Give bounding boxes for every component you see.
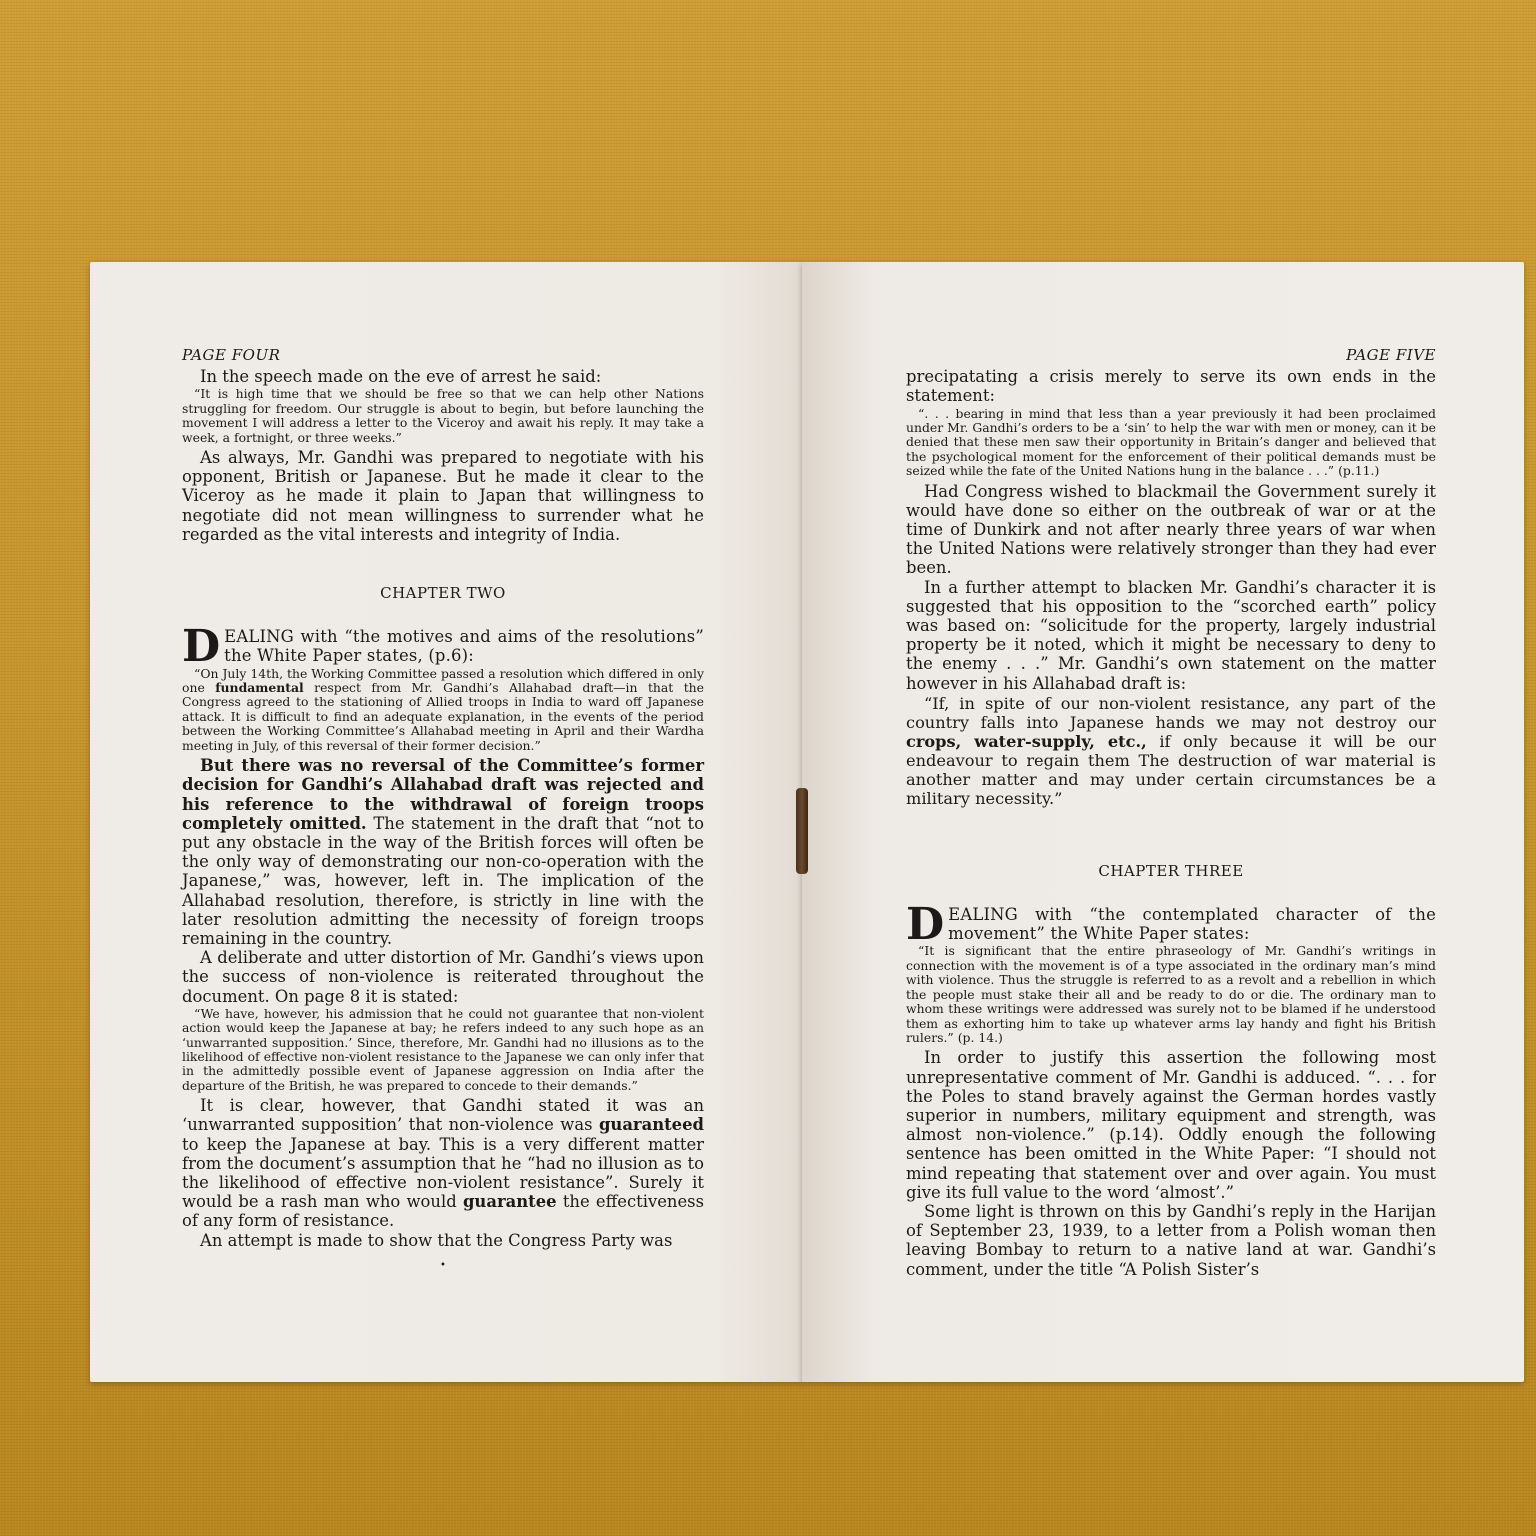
emphasis-text: guaranteed xyxy=(599,1115,704,1134)
emphasis-text: crops, water-supply, etc., xyxy=(906,732,1147,751)
body-paragraph: An attempt is made to show that the Cong… xyxy=(182,1231,704,1250)
block-quote: “It is high time that we should be free … xyxy=(182,387,704,445)
right-page: PAGE FIVE precipatating a crisis merely … xyxy=(802,262,1524,1382)
drop-cap: D xyxy=(182,629,220,665)
body-paragraph: A deliberate and utter distortion of Mr.… xyxy=(182,948,704,1006)
block-quote: “If, in spite of our non-violent resista… xyxy=(906,694,1436,808)
continued-paragraph: precipatating a crisis merely to serve i… xyxy=(906,367,1436,405)
block-quote: “. . . bearing in mind that less than a … xyxy=(906,407,1436,479)
block-quote: “On July 14th, the Working Committee pas… xyxy=(182,667,704,753)
chapter-heading: CHAPTER TWO xyxy=(182,584,704,603)
chapter-heading: CHAPTER THREE xyxy=(906,862,1436,881)
chapter-opening-text: EALING with “the contemplated character … xyxy=(948,905,1436,943)
emphasis-text: guarantee xyxy=(463,1192,557,1211)
left-page: PAGE FOUR In the speech made on the eve … xyxy=(90,262,802,1382)
body-paragraph: In order to justify this assertion the f… xyxy=(906,1048,1436,1202)
page-number-label: PAGE FIVE xyxy=(906,346,1436,365)
body-paragraph: It is clear, however, that Gandhi stated… xyxy=(182,1096,704,1230)
staple xyxy=(796,788,808,874)
chapter-opening-paragraph: DEALING with “the motives and aims of th… xyxy=(182,627,704,665)
body-paragraph: In a further attempt to blacken Mr. Gand… xyxy=(906,578,1436,693)
chapter-opening-text: EALING with “the motives and aims of the… xyxy=(224,627,704,665)
body-paragraph: As always, Mr. Gandhi was prepared to ne… xyxy=(182,448,704,544)
page-number-label: PAGE FOUR xyxy=(182,346,704,365)
intro-paragraph: In the speech made on the eve of arrest … xyxy=(182,367,704,386)
right-page-text: PAGE FIVE precipatating a crisis merely … xyxy=(906,346,1436,1279)
footer-mark: • xyxy=(182,1256,704,1275)
left-page-text: PAGE FOUR In the speech made on the eve … xyxy=(182,346,704,1275)
block-quote: “We have, however, his admission that he… xyxy=(182,1007,704,1093)
emphasis-text: fundamental xyxy=(215,680,304,695)
chapter-opening-paragraph: DEALING with “the contemplated character… xyxy=(906,905,1436,943)
body-paragraph: Some light is thrown on this by Gandhi’s… xyxy=(906,1202,1436,1279)
body-paragraph: Had Congress wished to blackmail the Gov… xyxy=(906,482,1436,578)
paragraph-text: The statement in the draft that “not to … xyxy=(182,814,704,948)
body-paragraph: But there was no reversal of the Committ… xyxy=(182,756,704,948)
block-quote: “It is significant that the entire phras… xyxy=(906,944,1436,1045)
quote-text: “If, in spite of our non-violent resista… xyxy=(906,694,1436,732)
drop-cap: D xyxy=(906,907,944,943)
